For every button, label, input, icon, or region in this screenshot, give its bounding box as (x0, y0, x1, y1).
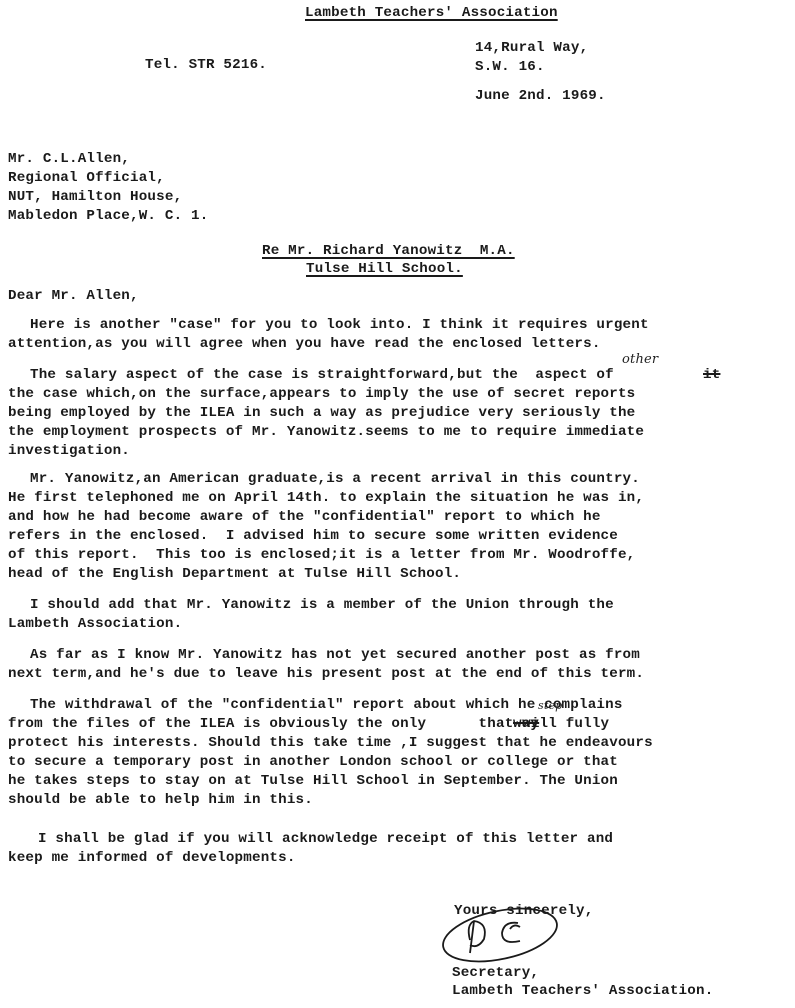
signatory-organization: Lambeth Teachers' Association. (452, 983, 713, 999)
telephone-number: Tel. STR 5216. (145, 57, 267, 73)
recipient-title: Regional Official, (8, 170, 165, 186)
recipient-organization: NUT, Hamilton House, (8, 189, 182, 205)
paragraph-7-line: keep me informed of developments. (8, 850, 296, 866)
paragraph-1-line: attention,as you will agree when you hav… (8, 336, 601, 352)
subject-line-1: Re Mr. Richard Yanowitz M.A. (262, 243, 515, 259)
letter-date: June 2nd. 1969. (475, 88, 606, 104)
paragraph-2-line: the employment prospects of Mr. Yanowitz… (8, 424, 644, 440)
subject-line-2: Tulse Hill School. (306, 261, 463, 277)
paragraph-7-line: I shall be glad if you will acknowledge … (38, 831, 613, 847)
paragraph-5-line: As far as I know Mr. Yanowitz has not ye… (30, 647, 640, 663)
recipient-name: Mr. C.L.Allen, (8, 151, 130, 167)
paragraph-6-line: The withdrawal of the "confidential" rep… (30, 697, 623, 713)
handwritten-insert-other: other (622, 352, 658, 367)
paragraph-1-line: Here is another "case" for you to look i… (30, 317, 649, 333)
handwritten-insert-step: step (538, 699, 562, 712)
paragraph-6-line: protect his interests. Should this take … (8, 735, 653, 751)
paragraph-3-line: and how he had become aware of the "conf… (8, 509, 601, 525)
paragraph-3-line: Mr. Yanowitz,an American graduate,is a r… (30, 471, 640, 487)
paragraph-5-line: next term,and he's due to leave his pres… (8, 666, 644, 682)
paragraph-3-line: refers in the enclosed. I advised him to… (8, 528, 618, 544)
paragraph-2-line: being employed by the ILEA in such a way… (8, 405, 635, 421)
salutation: Dear Mr. Allen, (8, 288, 139, 304)
signatory-title: Secretary, (452, 965, 539, 981)
paragraph-4-line: Lambeth Association. (8, 616, 182, 632)
address-line-2: S.W. 16. (475, 59, 545, 75)
paragraph-6-line: should be able to help him in this. (8, 792, 313, 808)
paragraph-3-line: of this report. This too is enclosed;it … (8, 547, 635, 563)
paragraph-3-line: He first telephoned me on April 14th. to… (8, 490, 644, 506)
address-line-1: 14,Rural Way, (475, 40, 588, 56)
struck-word-way: way (513, 716, 539, 732)
paragraph-4-line: I should add that Mr. Yanowitz is a memb… (30, 597, 614, 613)
paragraph-2-line: the case which,on the surface,appears to… (8, 386, 635, 402)
struck-word-it: it (703, 367, 720, 383)
paragraph-3-line: head of the English Department at Tulse … (8, 566, 461, 582)
paragraph-6-line: to secure a temporary post in another Lo… (8, 754, 618, 770)
letterhead-organization: Lambeth Teachers' Association (305, 5, 558, 21)
paragraph-2-line: The salary aspect of the case is straigh… (30, 367, 614, 383)
paragraph-6-line: he takes steps to stay on at Tulse Hill … (8, 773, 618, 789)
recipient-address: Mabledon Place,W. C. 1. (8, 208, 208, 224)
paragraph-2-line: investigation. (8, 443, 130, 459)
